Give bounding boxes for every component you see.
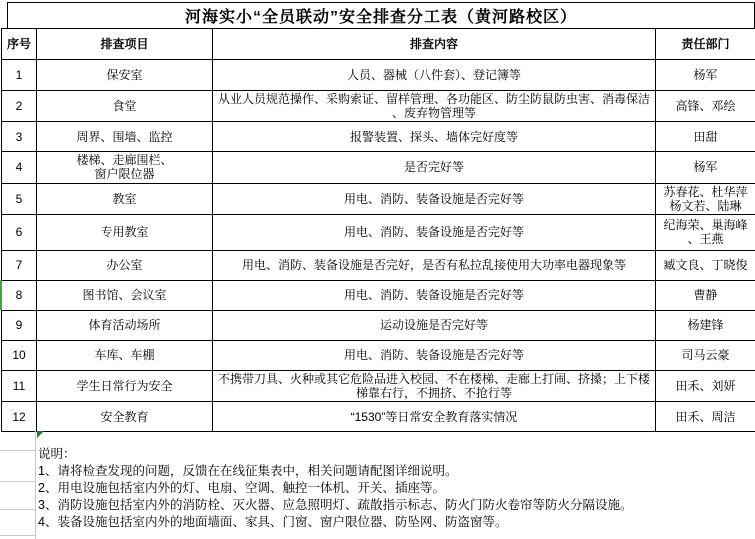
cell-department[interactable]: 臧文良、丁晓俊 bbox=[656, 250, 755, 280]
cell-no[interactable]: 6 bbox=[2, 214, 37, 250]
notes-cell[interactable]: 说明： 1、请将检查发现的问题，反馈在在线征集表中，相关问题请配图详细说明。 2… bbox=[38, 446, 748, 531]
cell-content[interactable]: 用电、消防、装备设施是否完好等 bbox=[213, 280, 656, 310]
selection-border-fragment bbox=[0, 280, 2, 310]
cell-no[interactable]: 7 bbox=[2, 250, 37, 280]
cell-department[interactable]: 田甜 bbox=[656, 122, 755, 152]
cell-project[interactable]: 安全教育 bbox=[37, 402, 213, 432]
cell-content[interactable]: 报警装置、探头、墙体完好度等 bbox=[213, 122, 656, 152]
cell-no[interactable]: 5 bbox=[2, 183, 37, 214]
cell-department[interactable]: 曹静 bbox=[656, 280, 755, 310]
spreadsheet-gridline-horizontal bbox=[0, 450, 36, 451]
cell-no[interactable]: 11 bbox=[2, 370, 37, 401]
table-row: 12 安全教育 “1530”等日常安全教育落实情况 田禾、周洁 bbox=[2, 402, 755, 432]
cell-content[interactable]: 用电、消防、装备设施是否完好等 bbox=[213, 214, 656, 250]
table-row: 2 食堂 从业人员规范操作、采购索证、留样管理、各功能区、防尘防鼠防虫害、消毒保… bbox=[2, 91, 755, 122]
table-row: 8 图书馆、会议室 用电、消防、装备设施是否完好等 曹静 bbox=[2, 280, 755, 310]
page-title: 河海实小“全员联动”安全排查分工表（黄河路校区） bbox=[7, 2, 755, 29]
cell-project[interactable]: 体育活动场所 bbox=[37, 310, 213, 340]
cell-no[interactable]: 12 bbox=[2, 402, 37, 432]
cell-project[interactable]: 办公室 bbox=[37, 250, 213, 280]
cell-department[interactable]: 纪海荣、巢海峰 、王燕 bbox=[656, 214, 755, 250]
table-row: 3 周界、围墙、监控 报警装置、探头、墙体完好度等 田甜 bbox=[2, 122, 755, 152]
table-row: 10 车库、车棚 用电、消防、装备设施是否完好等 司马云豪 bbox=[2, 340, 755, 370]
cell-content[interactable]: 用电、消防、装备设施是否完好等 bbox=[213, 340, 656, 370]
cell-project[interactable]: 周界、围墙、监控 bbox=[37, 122, 213, 152]
cell-project[interactable]: 车库、车棚 bbox=[37, 340, 213, 370]
table-row: 11 学生日常行为安全 不携带刀具、火种或其它危险品进入校园、不在楼梯、走廊上打… bbox=[2, 370, 755, 401]
cell-project[interactable]: 专用教室 bbox=[37, 214, 213, 250]
spreadsheet-gridline-horizontal bbox=[0, 481, 36, 482]
column-header-content[interactable]: 排查内容 bbox=[213, 29, 656, 60]
table-header-row: 序号 排查项目 排查内容 责任部门 bbox=[2, 29, 755, 60]
table-row: 4 楼梯、走廊围栏、 窗户限位器 是否完好等 杨军 bbox=[2, 152, 755, 183]
cell-no[interactable]: 3 bbox=[2, 122, 37, 152]
table-row: 6 专用教室 用电、消防、装备设施是否完好等 纪海荣、巢海峰 、王燕 bbox=[2, 214, 755, 250]
cell-no[interactable]: 1 bbox=[2, 60, 37, 91]
cell-department[interactable]: 杨军 bbox=[656, 60, 755, 91]
cell-content[interactable]: 是否完好等 bbox=[213, 152, 656, 183]
cell-department[interactable]: 苏春花、杜华萍 杨文若、陆琳 bbox=[656, 183, 755, 214]
note-line: 4、装备设施包括室内外的地面墙面、家具、门窗、窗户限位器、防坠网、防盗窗等。 bbox=[38, 514, 748, 531]
cell-department[interactable]: 杨军 bbox=[656, 152, 755, 183]
cell-project[interactable]: 教室 bbox=[37, 183, 213, 214]
spreadsheet-gridline-horizontal bbox=[0, 509, 36, 510]
cell-content[interactable]: 从业人员规范操作、采购索证、留样管理、各功能区、防尘防鼠防虫害、消毒保洁 、废弃… bbox=[213, 91, 656, 122]
cell-project[interactable]: 食堂 bbox=[37, 91, 213, 122]
cell-content[interactable]: 用电、消防、装备设施是否完好，是否有私拉乱接使用大功率电器现象等 bbox=[213, 250, 656, 280]
spreadsheet-gridline-horizontal bbox=[0, 535, 36, 536]
cell-project[interactable]: 学生日常行为安全 bbox=[37, 370, 213, 401]
cell-no[interactable]: 2 bbox=[2, 91, 37, 122]
cell-no[interactable]: 8 bbox=[2, 280, 37, 310]
note-line: 3、消防设施包括室内外的消防栓、灭火器、应急照明灯、疏散指示标志、防火门防火卷帘… bbox=[38, 497, 748, 514]
table-row: 7 办公室 用电、消防、装备设施是否完好，是否有私拉乱接使用大功率电器现象等 臧… bbox=[2, 250, 755, 280]
cell-department[interactable]: 高锋、邓绘 bbox=[656, 91, 755, 122]
notes-heading: 说明： bbox=[38, 446, 748, 463]
column-header-department[interactable]: 责任部门 bbox=[656, 29, 755, 60]
inspection-table: 序号 排查项目 排查内容 责任部门 1 保安室 人员、器械（八件套）、登记簿等 … bbox=[1, 28, 755, 432]
cell-content[interactable]: 运动设施是否完好等 bbox=[213, 310, 656, 340]
cell-content[interactable]: 不携带刀具、火种或其它危险品进入校园、不在楼梯、走廊上打闹、挤搡；上下楼 梯靠右… bbox=[213, 370, 656, 401]
table-row: 5 教室 用电、消防、装备设施是否完好等 苏春花、杜华萍 杨文若、陆琳 bbox=[2, 183, 755, 214]
cell-project[interactable]: 楼梯、走廊围栏、 窗户限位器 bbox=[37, 152, 213, 183]
cell-department[interactable]: 司马云豪 bbox=[656, 340, 755, 370]
cell-content[interactable]: “1530”等日常安全教育落实情况 bbox=[213, 402, 656, 432]
cell-error-triangle-icon bbox=[37, 431, 44, 438]
cell-project[interactable]: 图书馆、会议室 bbox=[37, 280, 213, 310]
table-row: 1 保安室 人员、器械（八件套）、登记簿等 杨军 bbox=[2, 60, 755, 91]
cell-no[interactable]: 4 bbox=[2, 152, 37, 183]
cell-department[interactable]: 田禾、刘妍 bbox=[656, 370, 755, 401]
cell-department[interactable]: 杨建锋 bbox=[656, 310, 755, 340]
cell-project[interactable]: 保安室 bbox=[37, 60, 213, 91]
spreadsheet-gridline-vertical bbox=[35, 430, 36, 539]
cell-no[interactable]: 9 bbox=[2, 310, 37, 340]
cell-department[interactable]: 田禾、周洁 bbox=[656, 402, 755, 432]
note-line: 1、请将检查发现的问题，反馈在在线征集表中，相关问题请配图详细说明。 bbox=[38, 463, 748, 480]
column-header-no[interactable]: 序号 bbox=[2, 29, 37, 60]
column-header-project[interactable]: 排查项目 bbox=[37, 29, 213, 60]
cell-no[interactable]: 10 bbox=[2, 340, 37, 370]
cell-content[interactable]: 人员、器械（八件套）、登记簿等 bbox=[213, 60, 656, 91]
cell-content[interactable]: 用电、消防、装备设施是否完好等 bbox=[213, 183, 656, 214]
note-line: 2、用电设施包括室内外的灯、电扇、空调、触控一体机、开关、插座等。 bbox=[38, 480, 748, 497]
table-row: 9 体育活动场所 运动设施是否完好等 杨建锋 bbox=[2, 310, 755, 340]
